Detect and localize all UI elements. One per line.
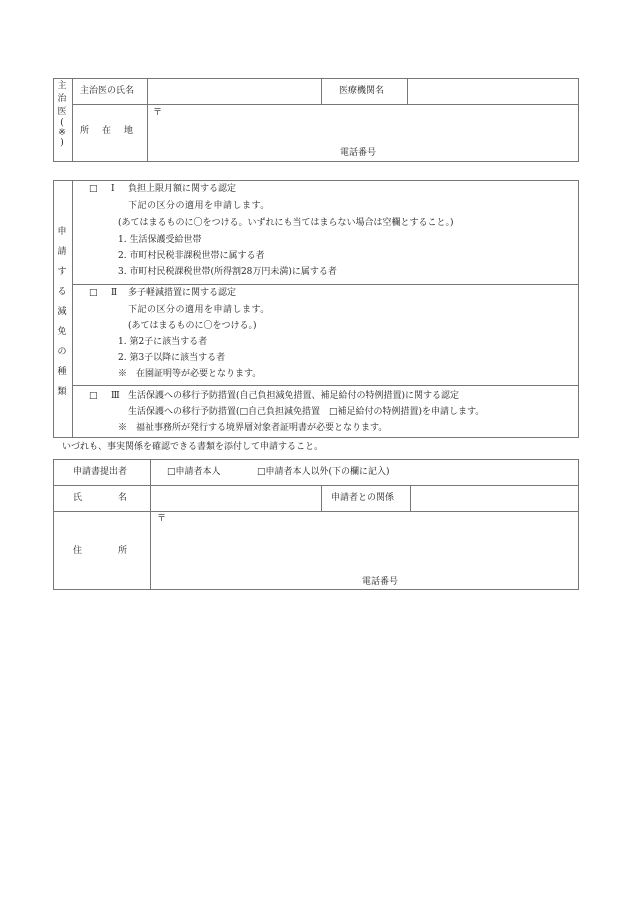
section-1-line: (あてはまるものに〇をつける。いずれにも当てはまらない場合は空欄とすること。) bbox=[118, 218, 454, 229]
divider bbox=[150, 459, 151, 590]
submitter-option-self[interactable]: □申請者本人 bbox=[167, 467, 221, 478]
doctor-side-label: 主 治 医 ( ※ ) bbox=[55, 80, 69, 148]
divider bbox=[72, 284, 579, 285]
divider bbox=[321, 78, 322, 104]
section-2-numeral: Ⅱ bbox=[111, 288, 117, 299]
relation-label: 申請者との関係 bbox=[331, 493, 394, 504]
side-char: の bbox=[55, 342, 69, 362]
submitter-label: 申請書提出者 bbox=[73, 467, 127, 478]
divider bbox=[72, 78, 73, 162]
section-2-line: 下記の区分の適用を申請します。 bbox=[128, 305, 270, 316]
divider bbox=[410, 485, 411, 511]
section-1-checkbox[interactable]: □ bbox=[89, 184, 98, 195]
submitter-option-other[interactable]: □申請者本人以外(下の欄に記入) bbox=[257, 467, 390, 478]
section-3-line: 生活保護への移行予防措置(□自己負担減免措置 □補足給付の特例措置)を申請します… bbox=[128, 407, 484, 418]
divider bbox=[53, 485, 579, 486]
side-char: 類 bbox=[55, 382, 69, 402]
applicant-address-label: 住 所 bbox=[73, 546, 127, 557]
divider bbox=[53, 511, 579, 512]
section-1-item: 3. 市町村民税課税世帯(所得割28万円未満)に属する者 bbox=[118, 267, 337, 278]
side-char: 申 bbox=[55, 222, 69, 242]
section-1-title: 負担上限月額に関する認定 bbox=[128, 184, 236, 195]
section-2-title: 多子軽減措置に関する認定 bbox=[128, 288, 236, 299]
applicant-name-label: 氏 名 bbox=[73, 493, 127, 504]
divider bbox=[147, 78, 148, 162]
section-1-item: 1. 生活保護受給世帯 bbox=[118, 235, 201, 246]
doctor-phone-label: 電話番号 bbox=[340, 148, 376, 159]
relation-field[interactable] bbox=[412, 487, 577, 509]
section-2-item: 1. 第2子に該当する者 bbox=[118, 337, 207, 348]
side-char: る bbox=[55, 282, 69, 302]
section-1-line: 下記の区分の適用を申請します。 bbox=[128, 201, 270, 212]
section-3-numeral: Ⅲ bbox=[111, 391, 120, 402]
section-1-numeral: Ⅰ bbox=[111, 184, 115, 195]
section-3-checkbox[interactable]: □ bbox=[89, 391, 98, 402]
doctor-name-field[interactable] bbox=[149, 80, 319, 102]
section-2-line: (あてはまるものに〇をつける。) bbox=[128, 321, 257, 332]
reduction-side-label: 申 請 す る 減 免 の 種 類 bbox=[55, 222, 69, 402]
divider bbox=[72, 104, 579, 105]
section-1-item: 2. 市町村民税非課税世帯に属する者 bbox=[118, 251, 264, 262]
side-char: 減 bbox=[55, 302, 69, 322]
section-3-note: ※ 福祉事務所が発行する境界層対象者証明書が必要となります。 bbox=[118, 423, 387, 434]
side-char: ( bbox=[55, 119, 69, 128]
side-char: 免 bbox=[55, 322, 69, 342]
section-2-checkbox[interactable]: □ bbox=[89, 288, 98, 299]
applicant-name-field[interactable] bbox=[152, 487, 319, 509]
institution-label: 医療機関名 bbox=[339, 86, 384, 97]
side-char: 請 bbox=[55, 242, 69, 262]
side-char: す bbox=[55, 262, 69, 282]
section-2-note: ※ 在園証明等が必要となります。 bbox=[118, 369, 261, 380]
applicant-phone-label: 電話番号 bbox=[362, 577, 398, 588]
doctor-name-label: 主治医の氏名 bbox=[80, 86, 134, 97]
side-char: 主 bbox=[55, 80, 69, 93]
section-3-title: 生活保護への移行予防措置(自己負担減免措置、補足給付の特例措置)に関する認定 bbox=[128, 391, 459, 402]
section-2-item: 2. 第3子以降に該当する者 bbox=[118, 353, 225, 364]
divider bbox=[321, 485, 322, 511]
side-char: ) bbox=[55, 139, 69, 148]
divider bbox=[72, 385, 579, 386]
institution-field[interactable] bbox=[409, 80, 577, 102]
divider bbox=[407, 78, 408, 104]
attachment-note: いづれも、事実関係を確認できる書類を添付して申請すること。 bbox=[62, 442, 323, 453]
divider bbox=[72, 180, 73, 438]
doctor-address-label: 所 在 地 bbox=[80, 126, 135, 137]
side-char: 種 bbox=[55, 362, 69, 382]
side-char: 治 bbox=[55, 93, 69, 106]
